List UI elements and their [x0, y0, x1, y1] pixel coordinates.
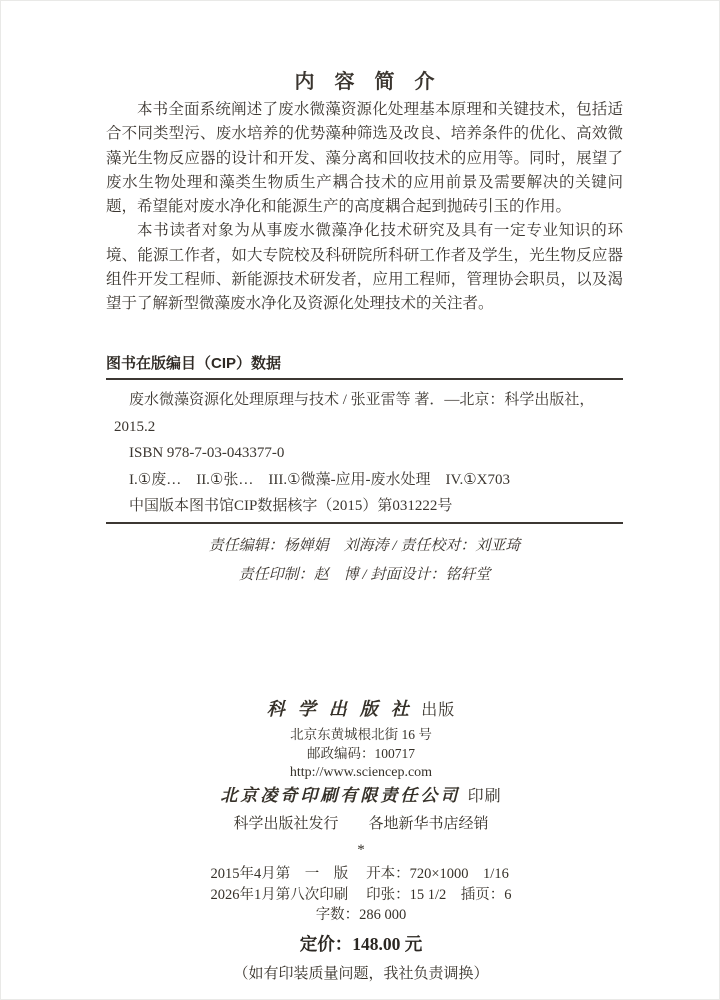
publisher-name: 科学出版社	[267, 699, 422, 719]
postal-code: 邮政编码：100717	[1, 745, 720, 763]
printer-line: 北京凌奇印刷有限责任公司 印刷	[1, 785, 720, 808]
edition-info-table: 2015年4月第 一 版 开本：720×1000 1/16 2026年1月第八次…	[210, 864, 511, 906]
cip-classification-line: I.①废… II.①张… III.①微藻-应用-废水处理 IV.①X703	[106, 467, 623, 494]
cip-divider-top	[106, 378, 623, 380]
book-copyright-page: 内 容 简 介 本书全面系统阐述了废水微藻资源化处理基本原理和关键技术，包括适合…	[0, 0, 720, 1000]
format-spec: 开本：720×1000 1/16	[366, 864, 509, 885]
sheets-spec: 印张：15 1/2 插页：6	[366, 885, 511, 906]
word-count: 字数：286 000	[1, 906, 720, 925]
publisher-website: http://www.sciencep.com	[1, 764, 720, 782]
printer-name: 北京凌奇印刷有限责任公司	[220, 786, 460, 805]
cip-title-line: 废水微藻资源化处理原理与技术 / 张亚雷等 著．—北京：科学出版社，	[106, 387, 623, 414]
quality-note: （如有印装质量问题，我社负责调换）	[1, 964, 720, 984]
publisher-address: 北京东黄城根北街 16 号	[1, 726, 720, 744]
printing-date: 2026年1月第八次印刷	[210, 885, 362, 906]
content-summary-body: 本书全面系统阐述了废水微藻资源化处理基本原理和关键技术，包括适合不同类型污、废水…	[106, 98, 623, 317]
cip-heading: 图书在版编目（CIP）数据	[106, 352, 623, 373]
summary-paragraph: 本书读者对象为从事废水微藻净化技术研究及具有一定专业知识的环境、能源工作者，如大…	[106, 219, 623, 316]
publisher-line: 科学出版社 出版	[1, 698, 720, 722]
edition-row-first-edition: 2015年4月第 一 版 开本：720×1000 1/16	[210, 864, 511, 885]
section-star-divider: *	[1, 842, 720, 858]
price: 定价：148.00 元	[1, 932, 720, 956]
cip-isbn-line: ISBN 978-7-03-043377-0	[106, 440, 623, 467]
print-design-credit-line: 责任印制：赵 博 / 封面设计：铭轩堂	[106, 561, 623, 590]
colophon: 科学出版社 出版 北京东黄城根北街 16 号 邮政编码：100717 http:…	[1, 698, 720, 984]
edition-row-printing: 2026年1月第八次印刷 印张：15 1/2 插页：6	[210, 885, 511, 906]
summary-paragraph: 本书全面系统阐述了废水微藻资源化处理基本原理和关键技术，包括适合不同类型污、废水…	[106, 98, 623, 219]
distribution-line: 科学出版社发行 各地新华书店经销	[1, 814, 720, 834]
edition-date: 2015年4月第 一 版	[210, 864, 362, 885]
content-summary-title: 内 容 简 介	[106, 65, 623, 94]
cip-divider-bottom	[106, 522, 623, 524]
cip-record-number-line: 中国版本图书馆CIP数据核字（2015）第031222号	[106, 493, 623, 520]
publisher-role-label: 出版	[421, 702, 455, 719]
editors-credit-line: 责任编辑：杨婵娟 刘海涛 / 责任校对：刘亚琦	[106, 532, 623, 561]
cip-data-block: 废水微藻资源化处理原理与技术 / 张亚雷等 著．—北京：科学出版社， 2015.…	[106, 387, 623, 520]
cip-year-line: 2015.2	[106, 414, 623, 441]
staff-credits: 责任编辑：杨婵娟 刘海涛 / 责任校对：刘亚琦 责任印制：赵 博 / 封面设计：…	[106, 532, 623, 590]
printer-role-label: 印刷	[468, 788, 502, 805]
